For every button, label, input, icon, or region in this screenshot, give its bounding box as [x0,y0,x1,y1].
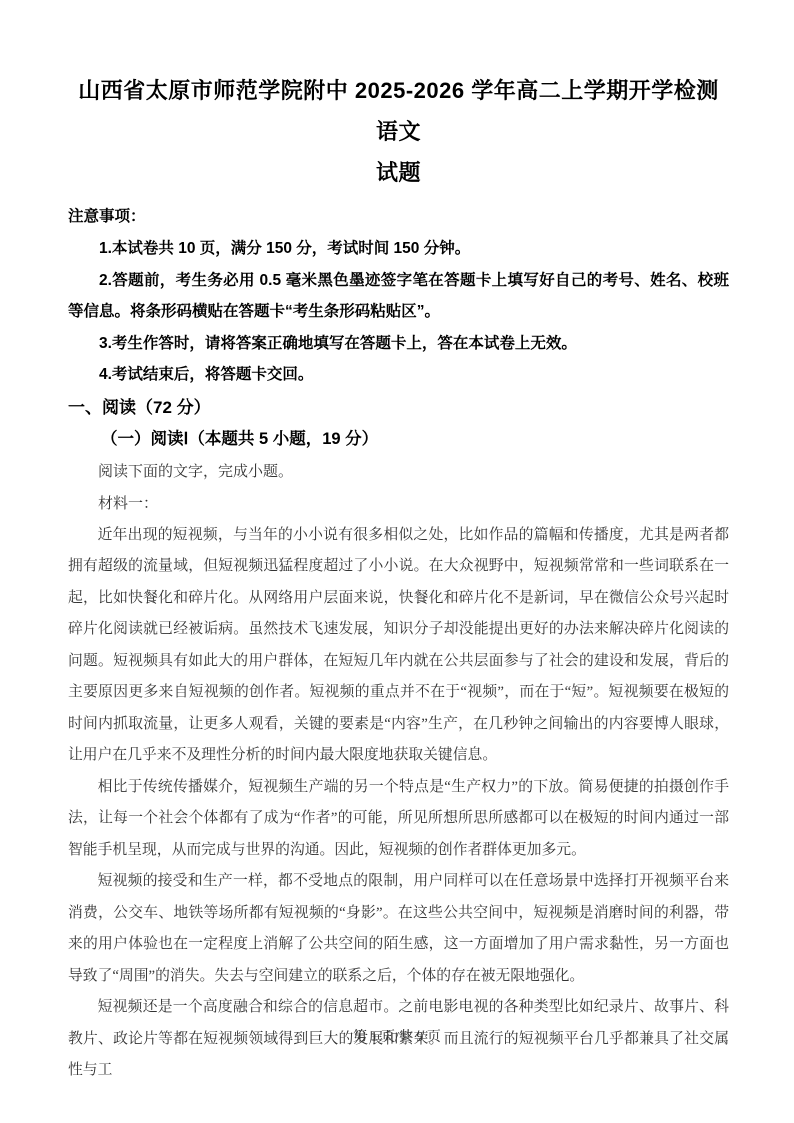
material-label: 材料一： [68,488,729,520]
section-heading: 一、阅读（72 分） [68,393,729,423]
document-page: 山西省太原市师范学院附中 2025-2026 学年高二上学期开学检测语文 试题 … [0,0,794,1123]
notice-item-4: 4.考试结束后，将答题卡交回。 [68,359,729,391]
material-paragraph-3: 短视频的接受和生产一样，都不受地点的限制，用户同样可以在任意场景中选择打开视频平… [68,866,729,992]
subsection-heading: （一）阅读Ⅰ（本题共 5 小题，19 分） [68,423,729,456]
page-title-line1: 山西省太原市师范学院附中 2025-2026 学年高二上学期开学检测语文 [78,78,718,144]
notice-heading: 注意事项： [68,201,729,233]
page-title: 山西省太原市师范学院附中 2025-2026 学年高二上学期开学检测语文 试题 [68,70,729,193]
notice-item-1: 1.本试卷共 10 页，满分 150 分，考试时间 150 分钟。 [68,233,729,265]
page-number-footer: 第 1 页/共 9 页 [0,1026,794,1046]
notice-item-2: 2.答题前，考生务必用 0.5 毫米黑色墨迹签字笔在答题卡上填写好自己的考号、姓… [68,265,729,328]
reading-instruction: 阅读下面的文字，完成小题。 [68,456,729,488]
material-paragraph-2: 相比于传统传播媒介，短视频生产端的另一个特点是“生产权力”的下放。简易便捷的拍摄… [68,772,729,867]
page-title-line2: 试题 [376,160,421,185]
notice-item-3: 3.考生作答时，请将答案正确地填写在答题卡上，答在本试卷上无效。 [68,328,729,360]
material-paragraph-1: 近年出现的短视频，与当年的小小说有很多相似之处，比如作品的篇幅和传播度，尤其是两… [68,520,729,772]
